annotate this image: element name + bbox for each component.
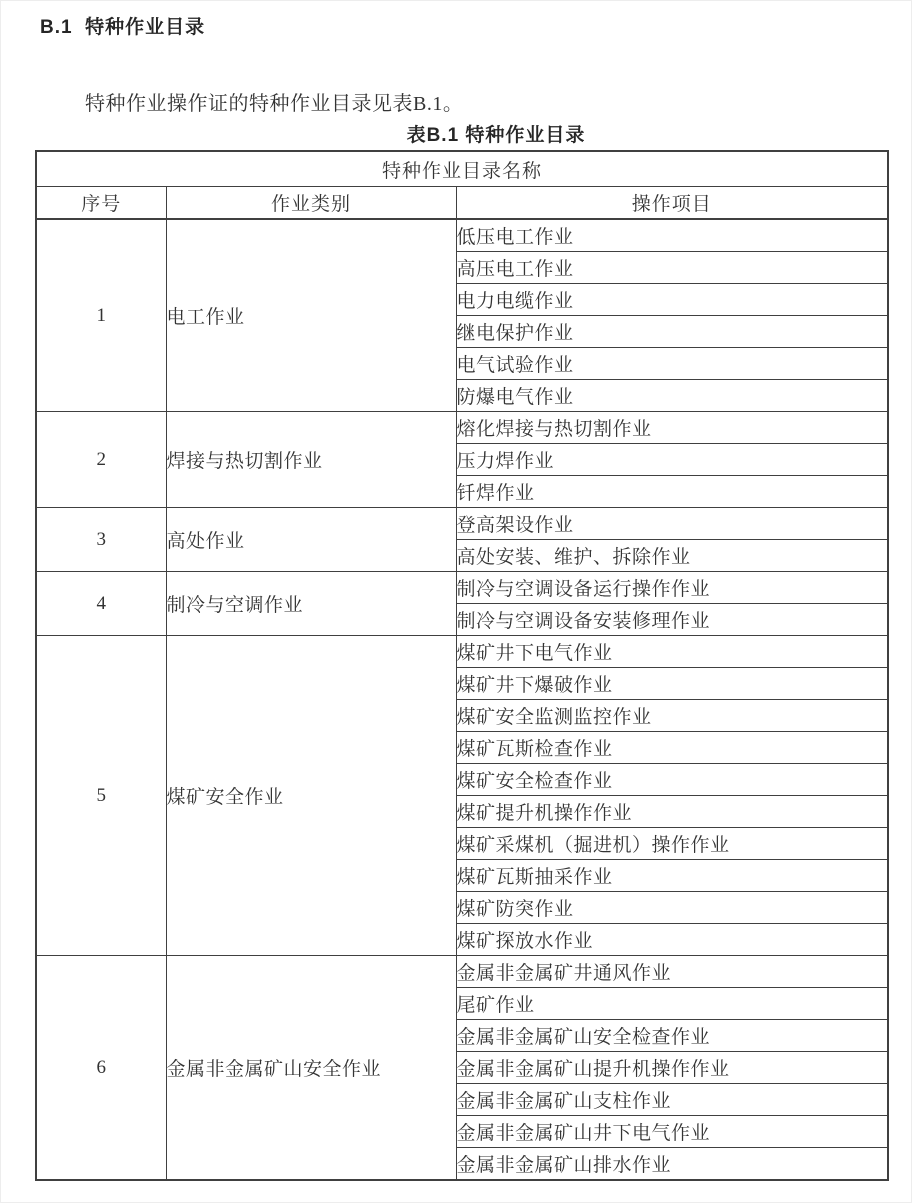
- table-row: 2焊接与热切割作业熔化焊接与热切割作业: [36, 412, 888, 444]
- operation-item-cell: 钎焊作业: [456, 476, 888, 508]
- operation-item-cell: 高处安装、维护、拆除作业: [456, 540, 888, 572]
- operation-item-cell: 电力电缆作业: [456, 284, 888, 316]
- operation-item-cell: 煤矿防突作业: [456, 892, 888, 924]
- operation-item-cell: 煤矿采煤机（掘进机）操作作业: [456, 828, 888, 860]
- operation-item-cell: 金属非金属矿山排水作业: [456, 1148, 888, 1181]
- operation-item-cell: 制冷与空调设备运行操作作业: [456, 572, 888, 604]
- operation-item-cell: 金属非金属矿山提升机操作作业: [456, 1052, 888, 1084]
- special-operations-table: 特种作业目录名称 序号 作业类别 操作项目 1电工作业低压电工作业高压电工作业电…: [35, 150, 889, 1181]
- operation-item-cell: 煤矿井下电气作业: [456, 636, 888, 668]
- operation-item-cell: 继电保护作业: [456, 316, 888, 348]
- operation-item-cell: 金属非金属矿山支柱作业: [456, 1084, 888, 1116]
- table-row: 6金属非金属矿山安全作业金属非金属矿井通风作业: [36, 956, 888, 988]
- col-header-no: 序号: [36, 187, 166, 220]
- operation-item-cell: 低压电工作业: [456, 219, 888, 252]
- operation-item-cell: 高压电工作业: [456, 252, 888, 284]
- operation-item-cell: 煤矿井下爆破作业: [456, 668, 888, 700]
- row-number-cell: 4: [36, 572, 166, 636]
- operation-item-cell: 煤矿安全监测监控作业: [456, 700, 888, 732]
- operation-item-cell: 金属非金属矿山井下电气作业: [456, 1116, 888, 1148]
- category-cell: 焊接与热切割作业: [166, 412, 456, 508]
- table-row: 5煤矿安全作业煤矿井下电气作业: [36, 636, 888, 668]
- operation-item-cell: 电气试验作业: [456, 348, 888, 380]
- operation-item-cell: 金属非金属矿山安全检查作业: [456, 1020, 888, 1052]
- col-header-category: 作业类别: [166, 187, 456, 220]
- row-number-cell: 1: [36, 219, 166, 412]
- category-cell: 金属非金属矿山安全作业: [166, 956, 456, 1181]
- operation-item-cell: 煤矿探放水作业: [456, 924, 888, 956]
- row-number-cell: 2: [36, 412, 166, 508]
- table-title-row: 特种作业目录名称: [36, 151, 888, 187]
- operation-item-cell: 防爆电气作业: [456, 380, 888, 412]
- operation-item-cell: 尾矿作业: [456, 988, 888, 1020]
- intro-paragraph: 特种作业操作证的特种作业目录见表B.1。: [85, 87, 463, 116]
- table-row: 1电工作业低压电工作业: [36, 219, 888, 252]
- category-cell: 高处作业: [166, 508, 456, 572]
- operation-item-cell: 金属非金属矿井通风作业: [456, 956, 888, 988]
- table-title: 特种作业目录名称: [36, 151, 888, 187]
- operation-item-cell: 煤矿瓦斯检查作业: [456, 732, 888, 764]
- category-cell: 煤矿安全作业: [166, 636, 456, 956]
- row-number-cell: 5: [36, 636, 166, 956]
- category-cell: 制冷与空调作业: [166, 572, 456, 636]
- category-cell: 电工作业: [166, 219, 456, 412]
- table-row: 3高处作业登高架设作业: [36, 508, 888, 540]
- section-heading: B.1 特种作业目录: [40, 12, 205, 39]
- operation-item-cell: 登高架设作业: [456, 508, 888, 540]
- row-number-cell: 6: [36, 956, 166, 1181]
- column-header-row: 序号 作业类别 操作项目: [36, 187, 888, 220]
- operation-item-cell: 熔化焊接与热切割作业: [456, 412, 888, 444]
- table-row: 4制冷与空调作业制冷与空调设备运行操作作业: [36, 572, 888, 604]
- operation-item-cell: 煤矿瓦斯抽采作业: [456, 860, 888, 892]
- operation-item-cell: 煤矿提升机操作作业: [456, 796, 888, 828]
- operation-item-cell: 压力焊作业: [456, 444, 888, 476]
- operation-item-cell: 煤矿安全检查作业: [456, 764, 888, 796]
- col-header-item: 操作项目: [456, 187, 888, 220]
- table-caption: 表B.1 特种作业目录: [70, 120, 912, 147]
- document-page: B.1 特种作业目录 特种作业操作证的特种作业目录见表B.1。 表B.1 特种作…: [0, 0, 912, 1203]
- operation-item-cell: 制冷与空调设备安装修理作业: [456, 604, 888, 636]
- row-number-cell: 3: [36, 508, 166, 572]
